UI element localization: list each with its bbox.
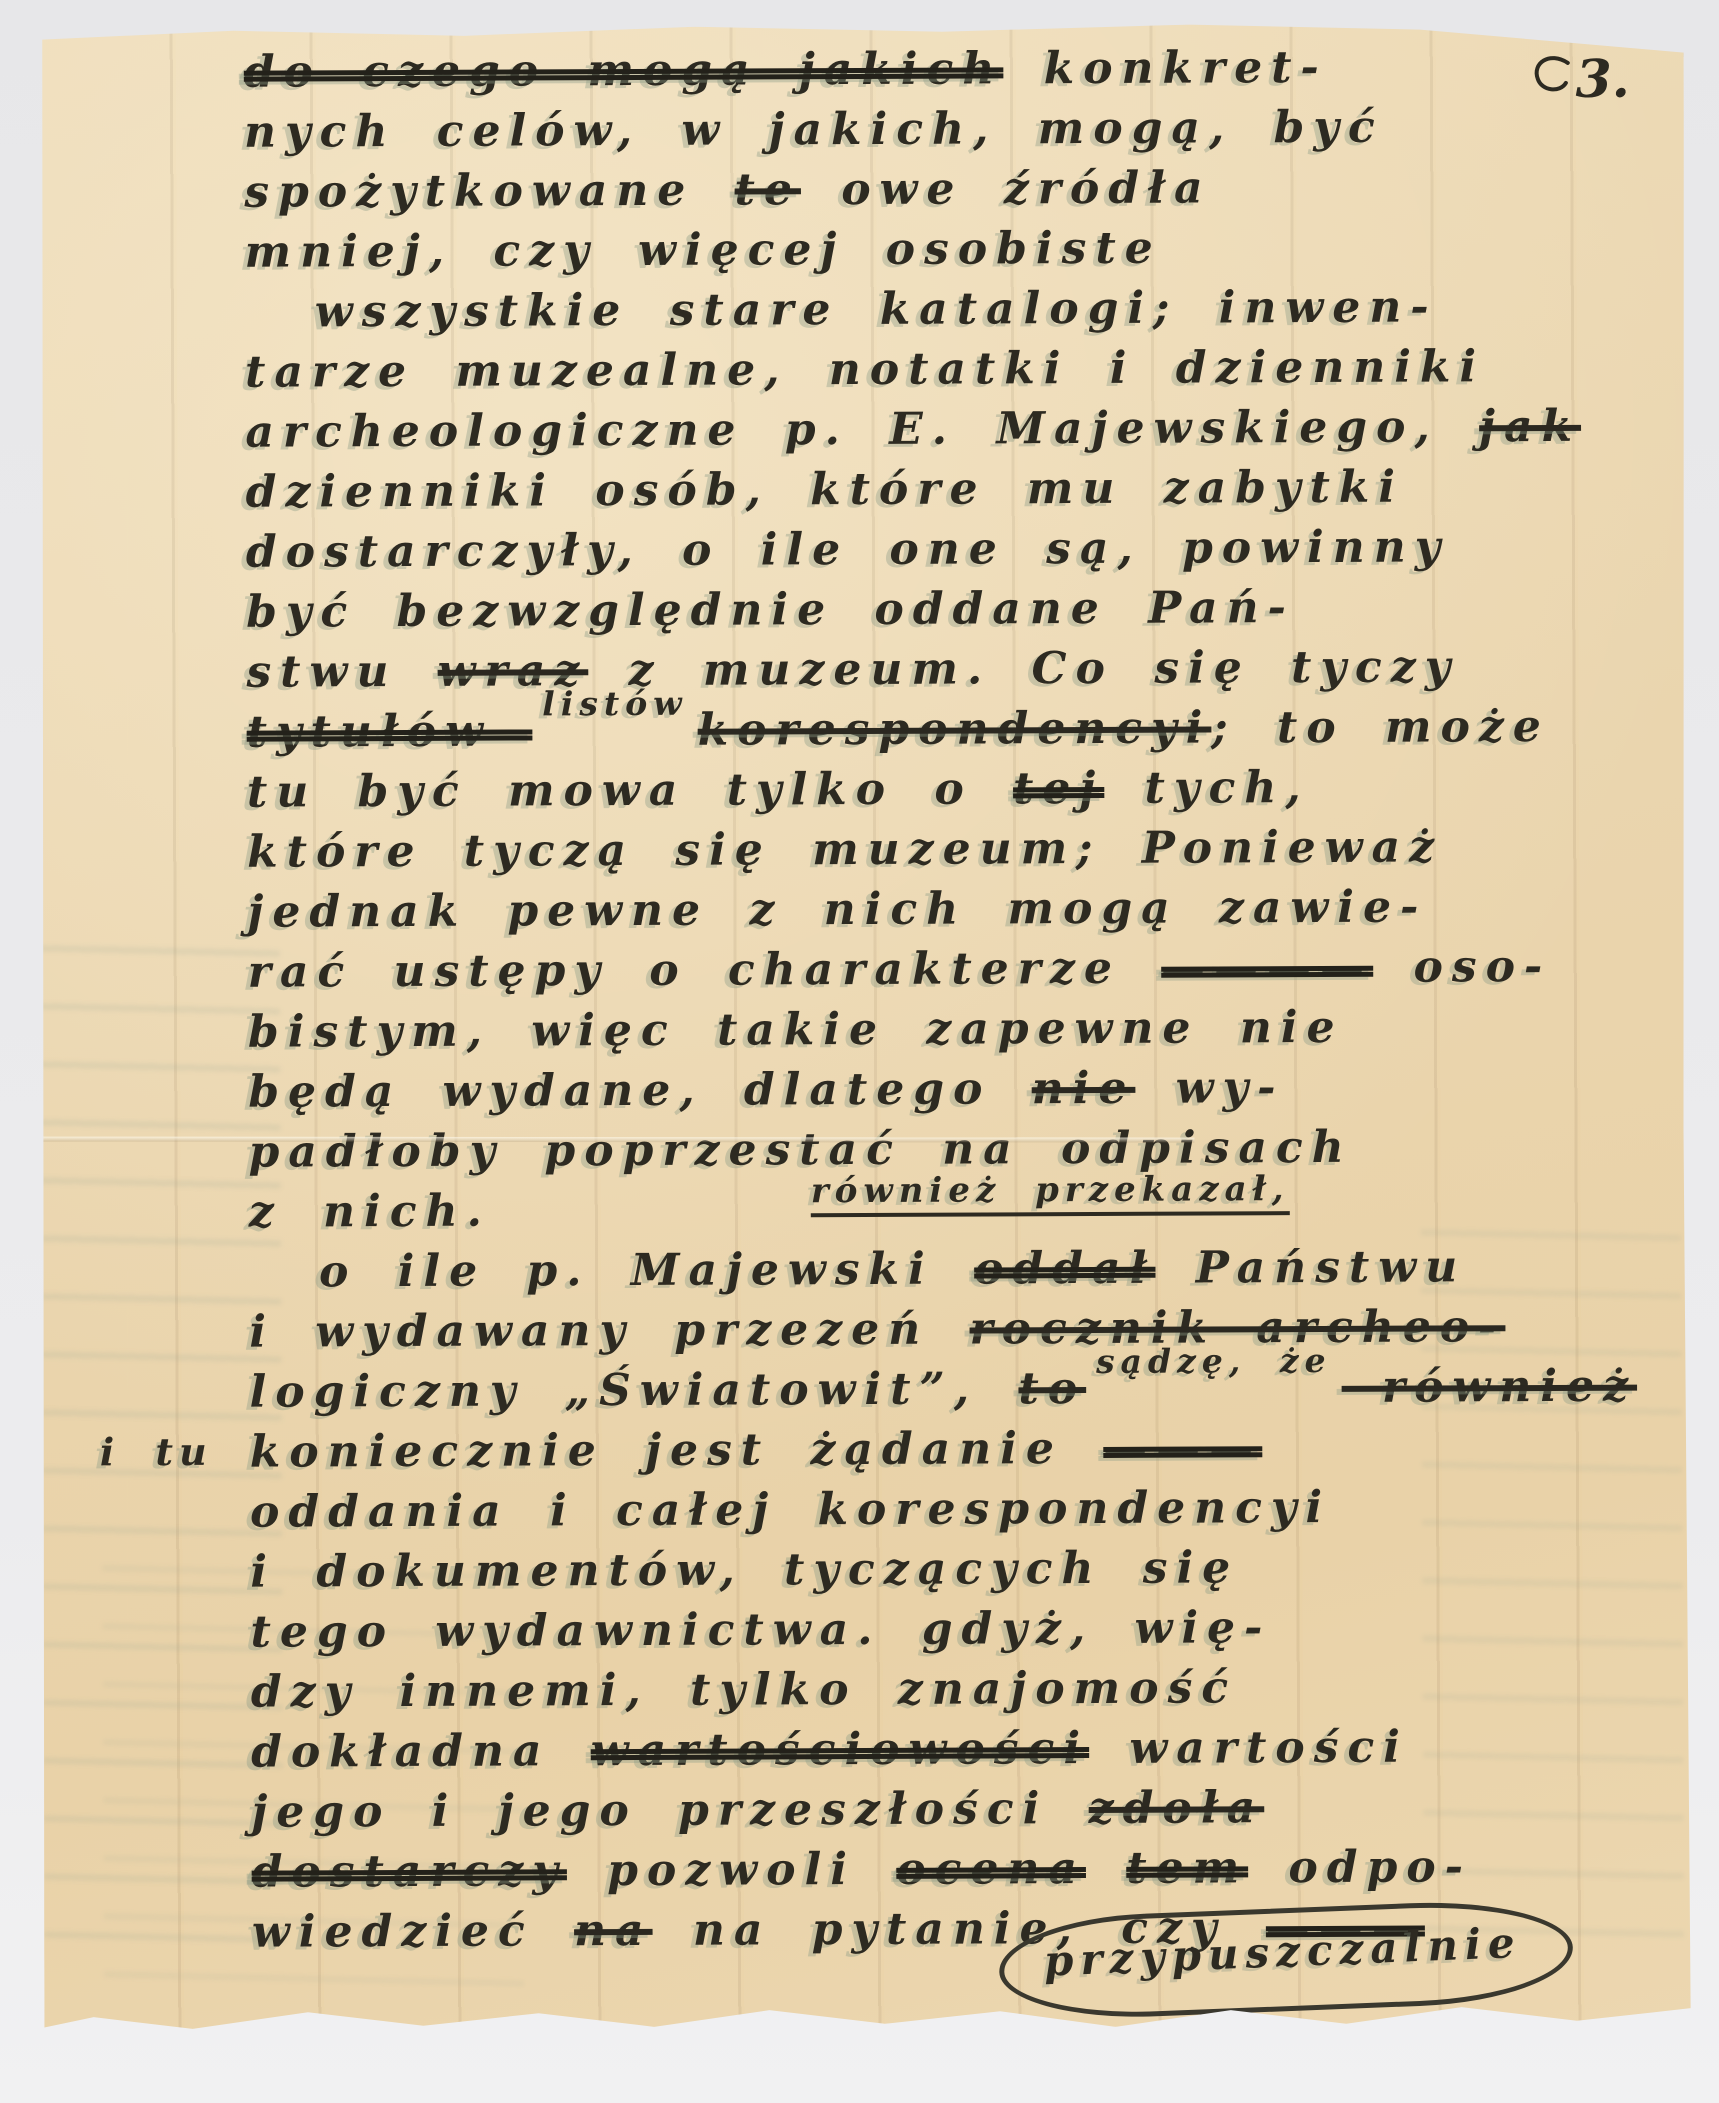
text-segment: pozwoli	[567, 1844, 897, 1896]
handwritten-line: i wydawany przezeń rocznik archeo-	[41, 1300, 1689, 1367]
scanned-manuscript-page: { "colors": { "paper": "#ead5ae", "ink":…	[0, 0, 1719, 2103]
handwritten-line: mniej, czy więcej osobiste	[36, 220, 1684, 287]
struck-text: oddał	[974, 1243, 1156, 1295]
struck-text: korespondencyi	[698, 702, 1212, 755]
struck-text: wartościowości	[591, 1723, 1090, 1776]
text-segment: które tyczą się muzeum; Ponieważ	[247, 821, 1443, 877]
text-segment: logiczny „Światowit”,	[249, 1363, 1018, 1417]
handwritten-text: do czego mogą jakich konkret- nych celów…	[36, 40, 1692, 1967]
handwritten-line: tytułów listówkorespondencyi; to może	[39, 700, 1687, 767]
text-segment: spożytkowane	[244, 165, 735, 218]
handwritten-line: spożytkowane te owe źródła	[36, 160, 1684, 227]
text-segment: ; to może	[1211, 701, 1550, 753]
handwritten-line: dostarczyły, o ile one są, powinny	[38, 520, 1686, 587]
handwritten-line: do czego mogą jakich konkret-	[36, 40, 1684, 107]
handwritten-line: dzy innemi, tylko znajomość	[43, 1660, 1691, 1727]
struck-text: tytułów	[247, 705, 533, 757]
text-segment: o ile p. Majewski	[319, 1244, 974, 1298]
text-segment: jednak pewne z nich mogą zawie-	[247, 882, 1427, 938]
struck-text: ocena	[896, 1843, 1086, 1895]
text-segment: stwu	[246, 646, 438, 698]
handwritten-line: archeologiczne p. E. Majewskiego, jak	[37, 400, 1685, 467]
struck-text: na	[574, 1905, 653, 1956]
handwritten-line: tego wydawnictwa. gdyż, wię-	[43, 1600, 1691, 1667]
text-segment: Państwu	[1155, 1241, 1466, 1293]
text-segment: konkret-	[1003, 42, 1328, 94]
struck-text: tej	[1013, 763, 1104, 814]
text-segment: wy-	[1135, 1062, 1284, 1114]
text-segment: koniecznie jest żądanie	[250, 1423, 1104, 1478]
margin-note: i tu	[100, 1429, 213, 1474]
text-segment	[1086, 1843, 1127, 1894]
handwritten-line: i dokumentów, tyczących się	[42, 1540, 1690, 1607]
text-segment: dokładna	[251, 1725, 591, 1777]
struck-text: to	[1018, 1363, 1086, 1414]
text-segment: oddania i całej korespondencyi	[250, 1482, 1331, 1538]
text-segment: dostarczyły, o ile one są, powinny	[246, 521, 1450, 577]
handwritten-line: tu być mowa tylko o tej tych,	[39, 760, 1687, 827]
text-segment: nych celów, w jakich, mogą, być	[244, 102, 1384, 158]
handwritten-line: logiczny „Światowit”, tosądzę, że równie…	[41, 1360, 1689, 1427]
handwritten-line: oddania i całej korespondencyi	[42, 1480, 1690, 1547]
inserted-note: również przekazał,	[811, 1169, 1290, 1217]
handwritten-line: jednak pewne z nich mogą zawie-	[39, 880, 1687, 947]
handwritten-line: stwu wraz z muzeum. Co się tyczy	[38, 640, 1686, 707]
struck-text: ———	[1103, 1422, 1262, 1474]
text-segment: owe źródła	[801, 162, 1212, 215]
handwritten-line: jego i jego przeszłości zdoła	[43, 1780, 1691, 1847]
inserted-word: listów	[542, 684, 687, 724]
handwritten-line: będą wydane, dlatego nie wy-	[40, 1060, 1688, 1127]
handwritten-line: wszystkie stare katalogi; inwen-	[37, 280, 1685, 347]
handwritten-line: dostarczy pozwoli ocena tem odpo-	[44, 1840, 1692, 1907]
handwritten-line: nych celów, w jakich, mogą, być	[36, 100, 1684, 167]
text-segment: tego wydawnictwa. gdyż, wię-	[251, 1602, 1272, 1657]
text-segment: tu być mowa tylko o	[247, 763, 1013, 817]
text-segment: bistym, więc takie zapewne nie	[248, 1002, 1344, 1058]
text-segment: mniej, czy więcej osobiste	[244, 223, 1161, 278]
handwritten-line: dzienniki osób, które mu zabytki	[38, 460, 1686, 527]
struck-text: ————	[1161, 942, 1373, 994]
text-segment: wartości	[1089, 1722, 1409, 1774]
text-segment: dzy innemi, tylko znajomość	[251, 1662, 1237, 1717]
text-segment: jego i jego przeszłości	[251, 1783, 1089, 1838]
handwritten-line: i tukoniecznie jest żądanie ———	[42, 1420, 1690, 1487]
text-segment: archeologiczne p. E. Majewskiego,	[245, 401, 1479, 457]
text-segment: tych,	[1104, 762, 1310, 814]
paper-sheet: 3. do czego mogą jakich konkret- nych ce…	[36, 20, 1693, 2043]
text-segment: i wydawany przezeń	[249, 1304, 969, 1358]
text-segment: rać ustępy o charakterze	[248, 943, 1162, 998]
struck-text: jak	[1479, 401, 1581, 452]
handwritten-line: być bezwzględnie oddane Pań-	[38, 580, 1686, 647]
struck-text: dostarczy	[252, 1845, 567, 1897]
text-segment: oso-	[1373, 941, 1551, 993]
struck-text: te	[735, 164, 802, 215]
handwritten-line: bistym, więc takie zapewne nie	[40, 1000, 1688, 1067]
text-segment: być bezwzględnie oddane Pań-	[246, 582, 1295, 638]
text-segment: będą wydane, dlatego	[248, 1063, 1032, 1117]
handwritten-line: tarze muzealne, notatki i dzienniki	[37, 340, 1685, 407]
handwritten-line: z nich.również przekazał,	[41, 1180, 1689, 1247]
struck-text: również	[1342, 1361, 1638, 1413]
text-segment: wszystkie stare katalogi; inwen-	[315, 281, 1438, 337]
text-segment: tarze muzealne, notatki i dzienniki	[245, 341, 1485, 397]
struck-text: do czego mogą jakich	[244, 43, 1004, 97]
text-segment: odpo-	[1248, 1841, 1472, 1893]
handwritten-line: dokładna wartościowości wartości	[43, 1720, 1691, 1787]
struck-text: zdoła	[1089, 1782, 1265, 1834]
handwritten-line: rać ustępy o charakterze ———— oso-	[40, 940, 1688, 1007]
text-segment: i dokumentów, tyczących się	[250, 1542, 1239, 1597]
struck-text: tem	[1126, 1842, 1248, 1894]
text-segment: z muzeum. Co się tyczy	[588, 641, 1459, 696]
inserted-word: sądzę, że	[1096, 1341, 1332, 1381]
text-segment: z nich.	[249, 1186, 491, 1238]
handwritten-line: które tyczą się muzeum; Ponieważ	[39, 820, 1687, 887]
handwritten-line: o ile p. Majewski oddał Państwu	[41, 1240, 1689, 1307]
struck-text: nie	[1032, 1063, 1136, 1114]
text-segment: dzienniki osób, które mu zabytki	[246, 462, 1405, 518]
text-segment: wiedzieć	[252, 1905, 574, 1957]
